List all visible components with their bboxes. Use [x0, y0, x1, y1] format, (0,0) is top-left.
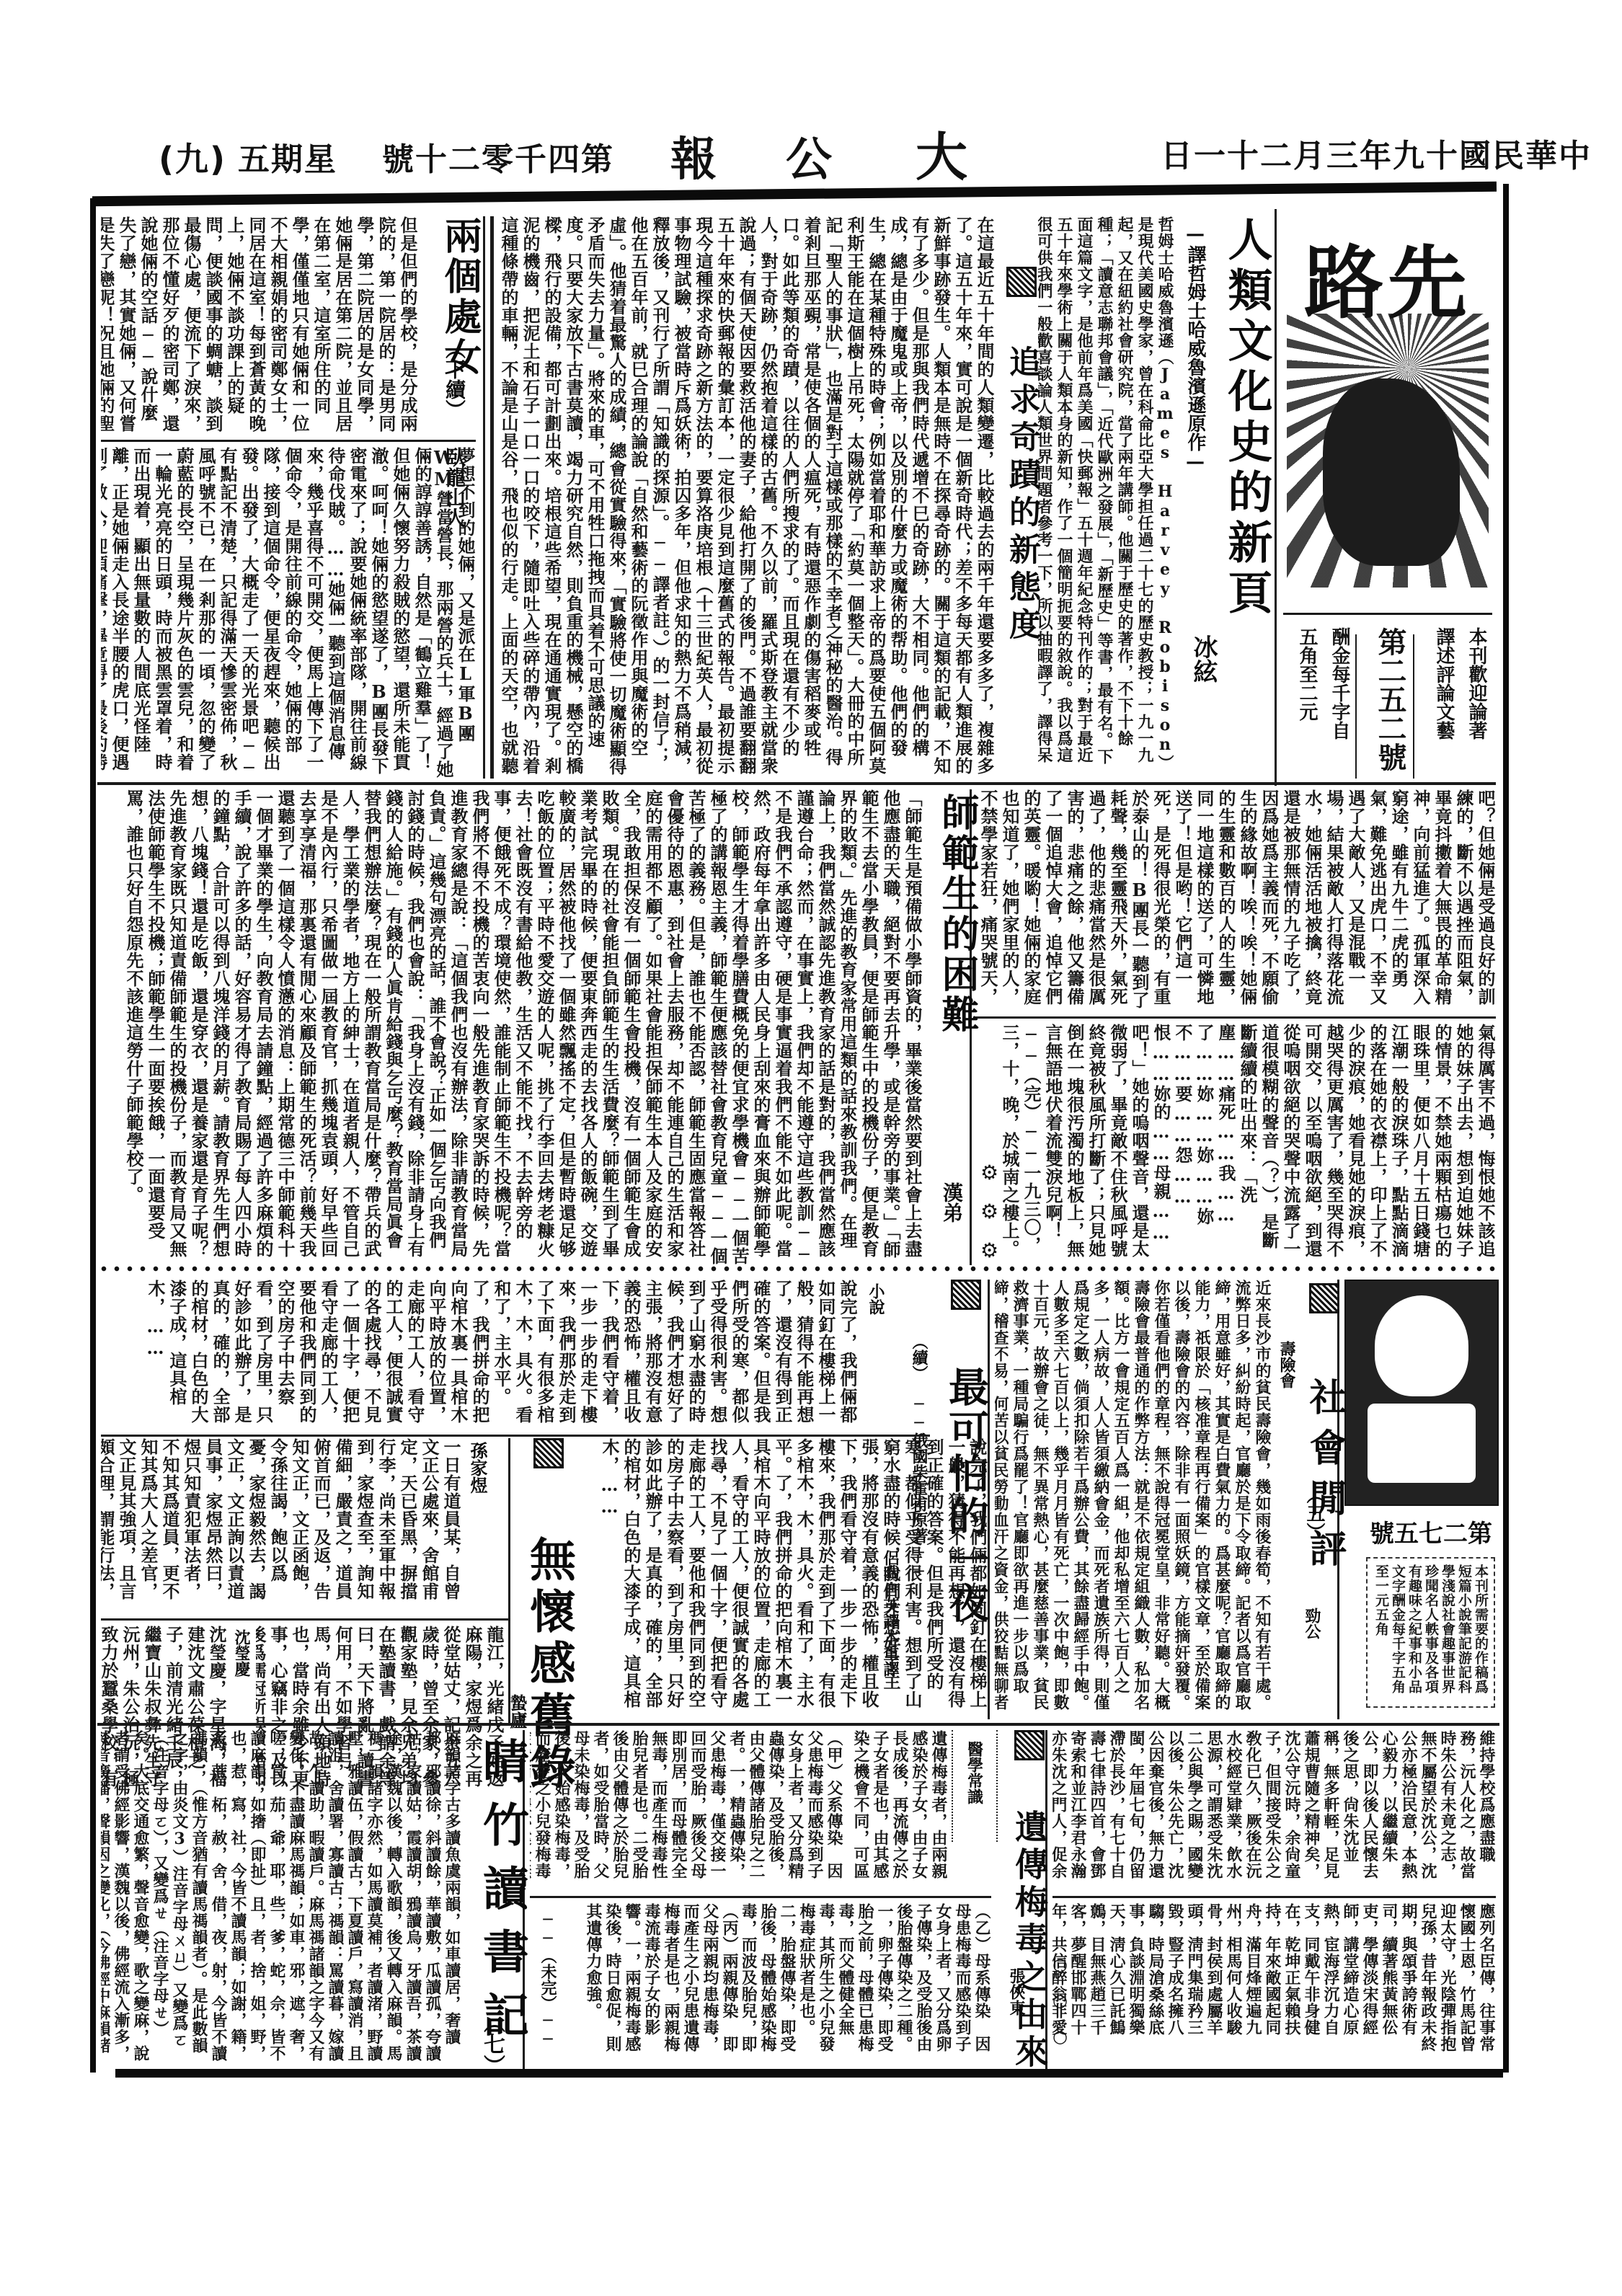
ad-banner-notice-box: 本刊所需要的作稿爲短篇小說筆記游記科學淺說社會趣事世界珍聞名人軼事及各項有趣味之… [1366, 1557, 1495, 1708]
talk-illustration-panel [1344, 1280, 1499, 1506]
reminiscence-entry2-name: 沈瑩慶 [231, 1629, 253, 1677]
shen-article-body-a: 維持學校爲應盡職務，沅人化之，故當時朱公有未竟之志，無不屬望於沈公，沈公亦極洽民… [1052, 1730, 1496, 1892]
history-article-body: 在這最近五十年間的人類變遷，比較過去的兩千年還要多多了，複雜多了。這五十年來，實… [497, 216, 995, 779]
circle-icon: ⚙ [980, 1231, 1002, 1270]
scariest-night-subtitle: （續） [908, 1334, 931, 1381]
xianlu-logo-panel: 先路 [1280, 205, 1496, 609]
reading-notes-title: 睛竹讀書記 [469, 1737, 535, 2055]
masthead-weekday: 星期五 [238, 133, 337, 179]
circle-marker-group: ○ ○ ○ [1052, 1946, 1068, 2055]
ornament-square-icon [533, 1438, 564, 1468]
page-frame-bottom [115, 2069, 1503, 2078]
shen-article-body-b: 應列名臣傳，往事常懷國士恩，竹馬記曾迎太守，光陰彈指抱兒孫，昔年報政未終期，與頌… [1052, 1903, 1496, 2065]
two-virgins-body-bottom: 夢想不到的她倆，又是派在L軍B團WM營當營長，那兩營的兵士，經過了她倆的諄諄善誘… [101, 447, 476, 779]
column-divider [101, 440, 476, 442]
column-rule [508, 1438, 510, 1723]
section-divider-1b [1280, 782, 1496, 785]
horse-rider-illustration [1323, 378, 1460, 566]
history-section-title: 追求奇蹟的新態度 [998, 267, 1045, 645]
social-comment-body: 近來長沙市的貧民壽險會，幾如雨後春筍，不知有若干處。流弊日多，糾紛時起，官廳於是… [995, 1280, 1272, 1719]
history-article-intro: 哲姆士哈威魯濱遜（James Harvey Robison）是現代美國史學家，曾… [1038, 216, 1175, 779]
column-divider [1052, 1896, 1496, 1898]
two-virgins-continued-a: 吧？但她倆是受過良好的訓練的，斷不以遇挫而阻氣，畢竟抖擻着大無畏的革命精神，向前… [977, 789, 1496, 1013]
normal-student-title: 師範生的困難 [930, 793, 984, 1035]
syphilis-title-text: 遺傳梅毒之由來 [1010, 1809, 1049, 2072]
medical-knowledge-label: 醫學常識 [964, 1741, 986, 1804]
syphilis-title: 遺傳梅毒之由來 [1006, 1730, 1053, 2072]
ad-banner-issue: 第二七五號 [1370, 1514, 1492, 1549]
section-divider-3 [97, 1723, 1499, 1726]
wavy-divider [1413, 634, 1414, 779]
xianlu-notice-col3: 酬金每千字自 [1326, 627, 1353, 740]
reminiscence-story-text: 說完了，我們倆都如同釘在樓梯上一般，猜得不能再想了，還沒有得到正確的答案。但是我… [599, 1438, 988, 1708]
two-virgins-body-top: 但是但們的學校，是分成兩院的，第一院居的：是男同學，第二院居的是女同學，她倆是居… [101, 216, 418, 433]
normal-student-author: 漢弟 [937, 1182, 966, 1223]
ornament-square-icon [1309, 1283, 1339, 1313]
syphilis-author: 張俠東 [1006, 1968, 1028, 2016]
normal-student-body: 「師範生是預備做小學師資的，畢業後當然要到社會上去盡他應盡的天職，絕對不要再去升… [101, 789, 923, 1265]
syphilis-intro: 遺傳梅毒者，由兩親感染於子女，由子女長成後，再流傳之於子女者是也，由其感染之機會… [851, 1730, 948, 1892]
portrait-illustration [1375, 1295, 1468, 1396]
dotted-ornament-rule [97, 1265, 1499, 1272]
wavy-divider [1355, 634, 1357, 779]
ornament-square-icon [1006, 267, 1037, 297]
syphilis-status: ──（未完）── [537, 1910, 559, 2049]
masthead-date: 中華民國十九年三月二十一日 [1161, 130, 1592, 176]
syphilis-part-b: （乙）母系傳染 因母患梅毒而感染到子女身上者，又分爲卵子傳染，及受胎後由後胎盤傳… [743, 1903, 991, 2065]
masthead-page-number: (九) [159, 133, 226, 181]
reminiscence-entry1: 一日有道員某，自曾文正公處來，舍館甫定，天已昏黑，摒擋行李，尚未至軍中報到，家煜… [101, 1438, 461, 1615]
circle-icon: ⚙ [980, 1153, 1002, 1192]
history-article-author: 冰絃 [1186, 634, 1221, 683]
column-divider [101, 1435, 930, 1437]
xianlu-issue-number: 第二五二號 [1370, 627, 1411, 771]
column-divider [101, 1618, 508, 1621]
medical-knowledge-label-box: 醫學常識 [952, 1730, 998, 1842]
social-comment-topic: 壽險會 [1276, 1341, 1298, 1388]
reading-notes-title-prefix: 睛竹 [475, 1737, 529, 1864]
circle-icon: ○ [1052, 1946, 1068, 1982]
reminiscence-entry1-name: 孫家煜 [465, 1442, 490, 1494]
xianlu-notice-col1: 本刊歡迎論著 [1463, 627, 1490, 740]
syphilis-part-a: （甲）父系傳染 因父患梅毒而感染到子女身上者，又分爲精蟲傳染，及受胎後，由父體傳… [530, 1730, 843, 1892]
xianlu-notice-col2: 譯述評論文藝 [1431, 627, 1458, 740]
reading-notes-body: 麻韻諸字古多讀魚虞兩韻，如車讀居，奢讀都，邪讀徐，斜讀餘，華讀敷，瓜讀孤，夸讀枯… [101, 1730, 461, 2065]
circle-icon: ⚙ [980, 1192, 1002, 1231]
column-divider [973, 1016, 1496, 1019]
scariest-night-column-label: 小說 [865, 1283, 887, 1315]
reminiscence-continued-body: 說完了，我們倆都如同釘在樓梯上一般，猜得不能再想了，還沒有得到正確的答案。但是我… [566, 1438, 988, 1719]
syphilis-part-c: （丙）兩親傳染 即父母兩親均患梅毒，而產生之小兒患遺傳梅毒者是也，兩親梅毒流毒於… [562, 1903, 739, 2065]
social-comment-author: 勁公 [1301, 1608, 1324, 1639]
social-comment-part: （五） [1301, 1485, 1328, 1541]
masthead-paper-char-3: 報 [670, 123, 718, 189]
social-comment-title-text: 社會閒評 [1303, 1378, 1347, 1579]
masthead-paper-char-2: 公 [786, 123, 833, 189]
two-virgins-continued-b: 氣得厲害不過，悔恨她不該追她的妹子出去，想到迫她妹子的情景，不禁她兩顆枯瘍乜的眼… [977, 1024, 1496, 1262]
two-virgins-subtitle: （下續） [440, 339, 469, 420]
xianlu-logo-title: 先路 [1294, 220, 1481, 334]
column-rule [490, 216, 494, 779]
circle-marker-group: ⚙ ⚙ ⚙ [980, 1153, 1002, 1270]
circle-icon: ○ [1052, 1982, 1068, 2018]
ad-banner-notice: 本刊所需要的作稿爲短篇小說筆記游記科學淺說社會趣事世界珍聞名人軼事及各項有趣味之… [1372, 1564, 1489, 1701]
reading-notes-part: （七） [476, 2011, 508, 2076]
masthead-paper-char-1: 大 [916, 115, 969, 190]
scariest-night-body: 說完了，我們倆都如同釘在樓梯上一般，猜得不能再想了，還沒有得到正確的答案。但是我… [101, 1280, 858, 1431]
ornament-square-icon [1014, 1730, 1045, 1760]
xianlu-notice-col4: 五角至二元 [1294, 627, 1321, 721]
masthead-issue-number: 第四千零二十號 [382, 133, 614, 179]
page-frame-right [1503, 184, 1509, 2073]
history-section-title-text: 追求奇蹟的新態度 [1003, 345, 1040, 645]
section-divider-1 [97, 782, 1280, 785]
column-divider [530, 1896, 991, 1898]
history-article-byline: —譯哲姆士哈威魯濱遜原作— [1182, 223, 1209, 473]
ornament-square-icon [951, 1280, 981, 1310]
talk-logo-text [1368, 1404, 1476, 1483]
circle-icon: ○ [1052, 2018, 1068, 2055]
xianlu-logo-rule [1283, 613, 1492, 615]
history-article-title: 人類文化史的新頁 [1215, 216, 1279, 620]
page-frame-left [90, 198, 96, 2073]
